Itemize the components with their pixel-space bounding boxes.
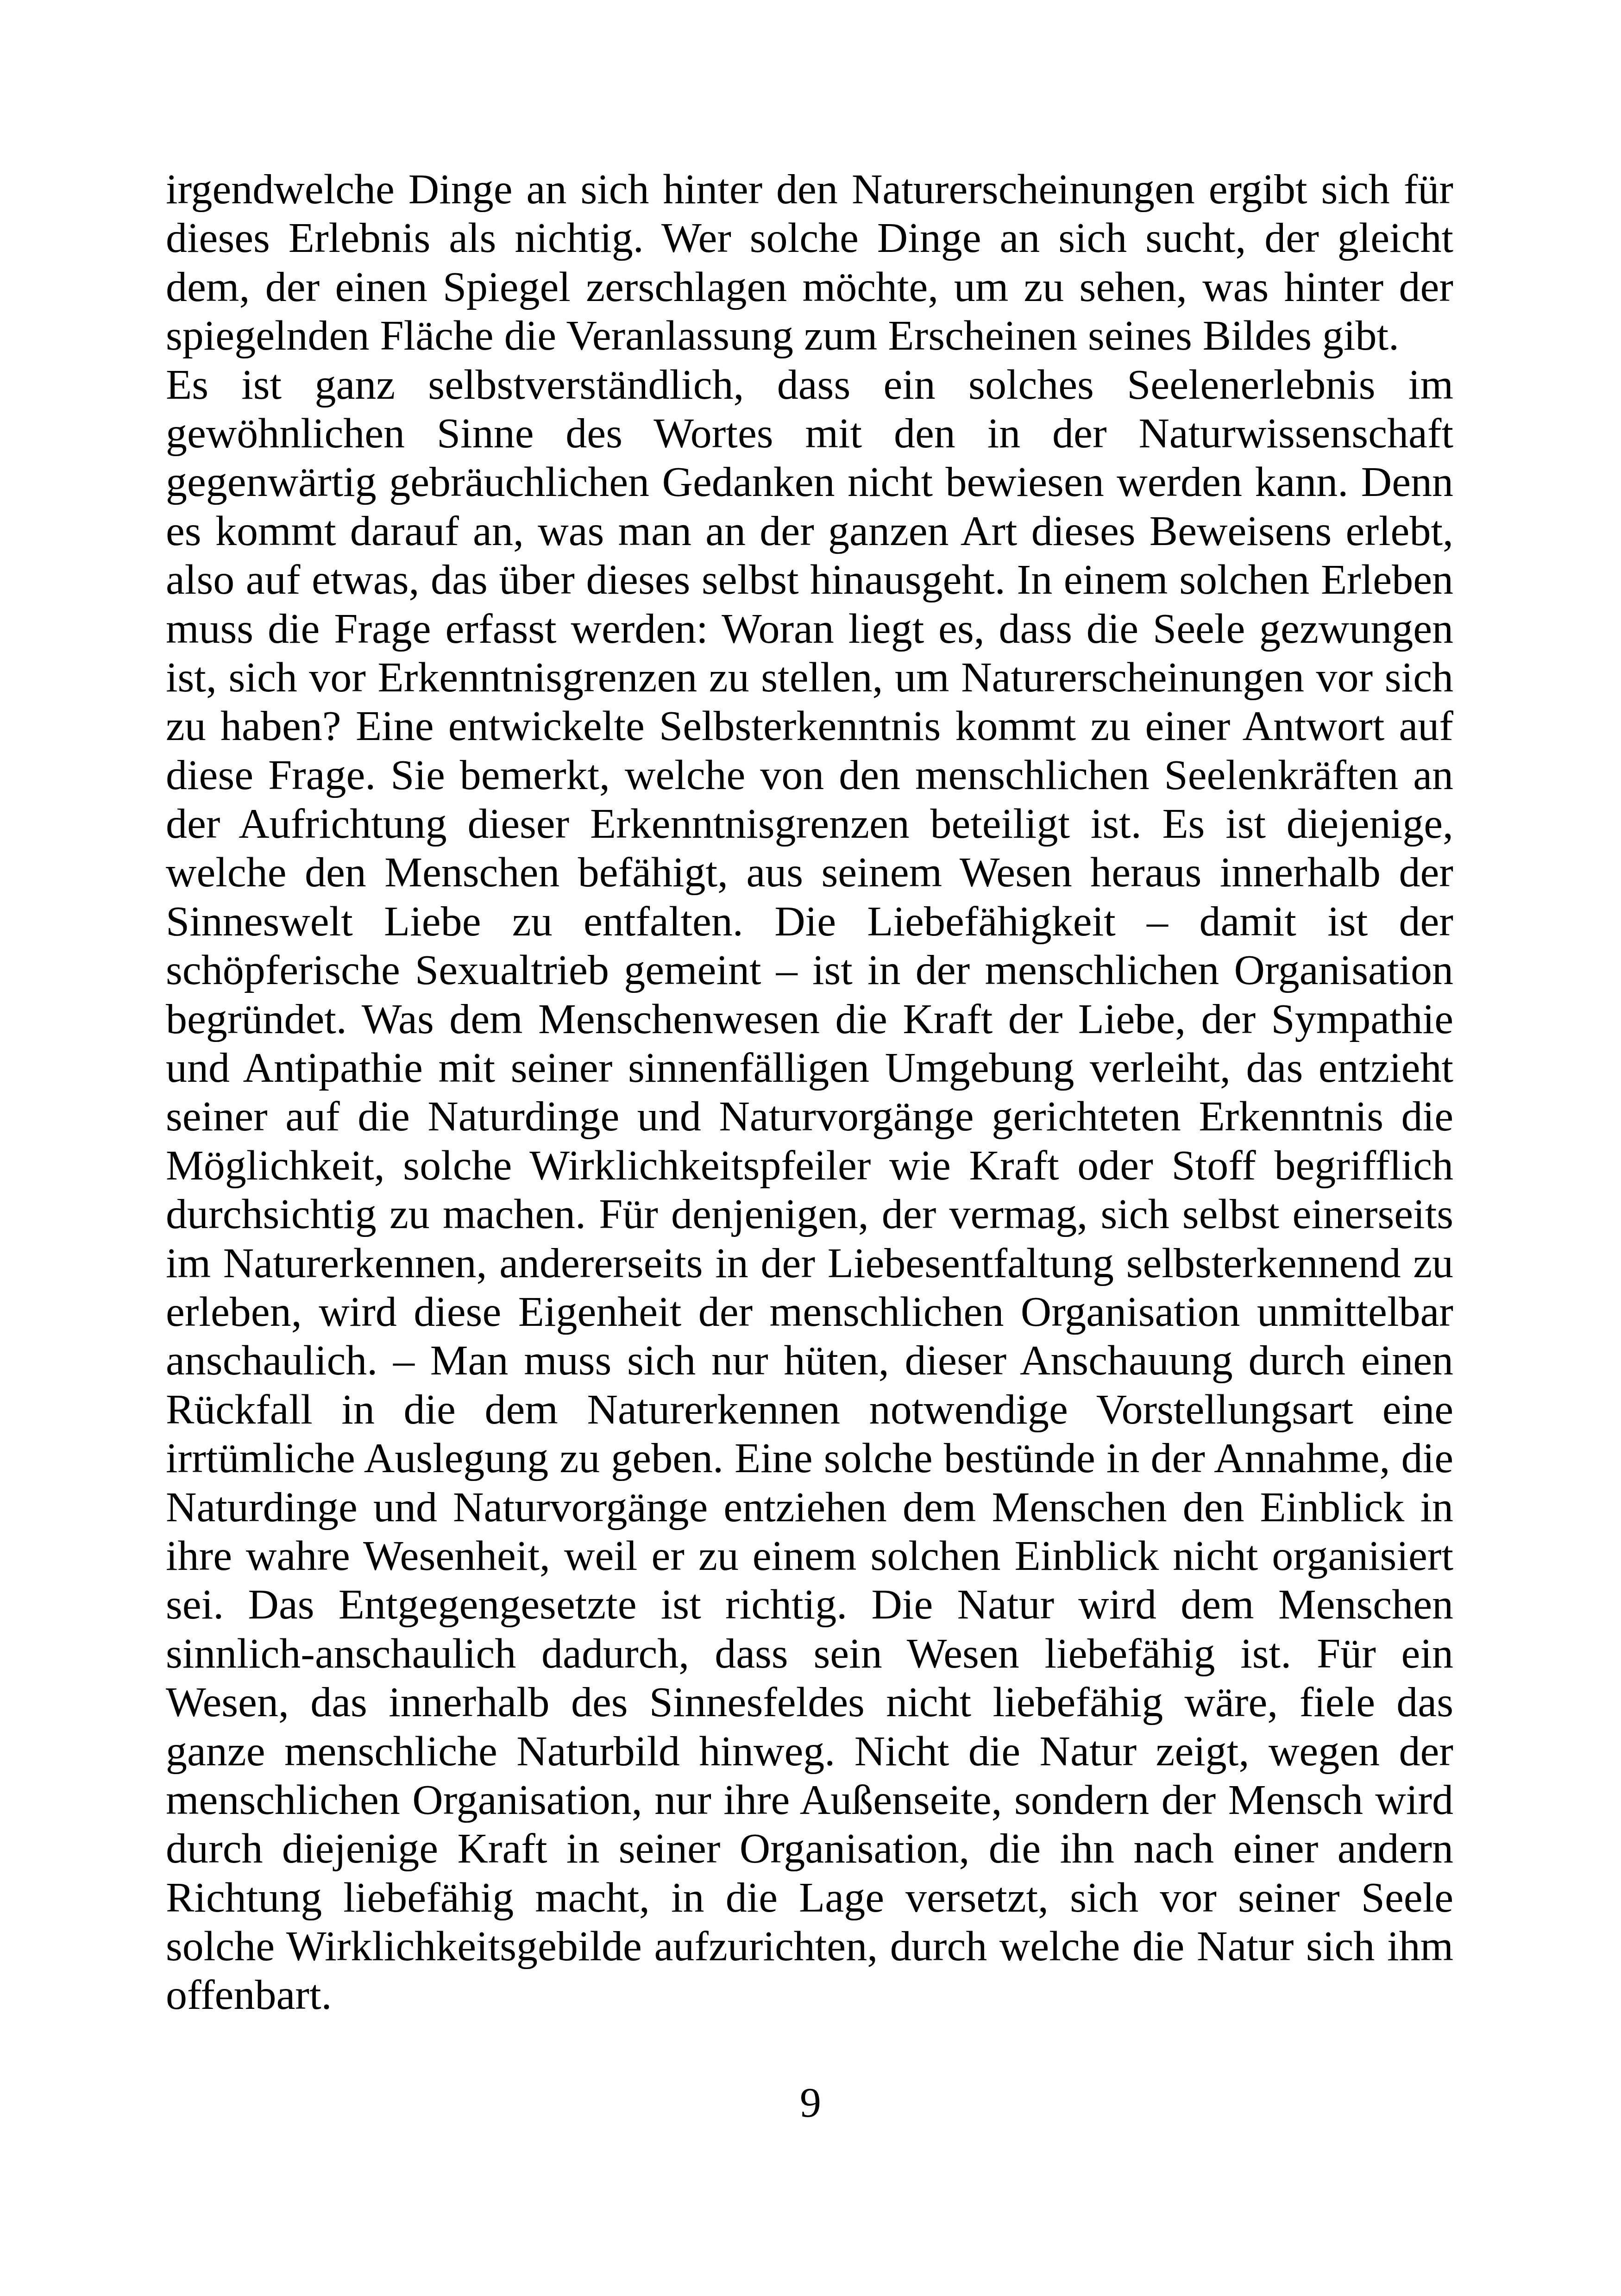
text-line: gegenwärtig gebräuchlichen Gedanken nich… — [166, 458, 1453, 506]
text-line: es kommt darauf an, was man an der ganze… — [166, 507, 1453, 555]
text-line: irgendwelche Dinge an sich hinter den Na… — [166, 165, 1453, 213]
page-number: 9 — [0, 2078, 1621, 2127]
text-line: irrtümliche Auslegung zu geben. Eine sol… — [166, 1434, 1453, 1482]
text-line: sinnlich-anschaulich dadurch, dass sein … — [166, 1629, 1453, 1678]
text-line: also auf etwas, das über dieses selbst h… — [166, 555, 1453, 604]
document-page: irgendwelche Dinge an sich hinter den Na… — [0, 0, 1621, 2296]
text-line: Richtung liebefähig macht, in die Lage v… — [166, 1873, 1453, 1922]
text-line: Es ist ganz selbstverständlich, dass ein… — [166, 360, 1453, 409]
text-line: schöpferische Sexualtrieb gemeint – ist … — [166, 946, 1453, 994]
text-line: welche den Menschen befähigt, aus seinem… — [166, 848, 1453, 897]
text-line: und Antipathie mit seiner sinnenfälligen… — [166, 1043, 1453, 1092]
text-line: erleben, wird diese Eigenheit der mensch… — [166, 1287, 1453, 1336]
text-line: der Aufrichtung dieser Erkenntnisgrenzen… — [166, 799, 1453, 848]
text-line: Wesen, das innerhalb des Sinnesfeldes ni… — [166, 1678, 1453, 1726]
paragraph-1: irgendwelche Dinge an sich hinter den Na… — [166, 165, 1453, 360]
text-line: gewöhnlichen Sinne des Wortes mit den in… — [166, 409, 1453, 458]
text-line: Naturdinge und Naturvorgänge entziehen d… — [166, 1483, 1453, 1531]
text-line: Möglichkeit, solche Wirklichkeitspfeiler… — [166, 1141, 1453, 1190]
text-line: sei. Das Entgegengesetzte ist richtig. D… — [166, 1580, 1453, 1629]
text-line: menschlichen Organisation, nur ihre Auße… — [166, 1775, 1453, 1824]
text-line: seiner auf die Naturdinge und Naturvorgä… — [166, 1092, 1453, 1141]
text-line: spiegelnden Fläche die Veranlassung zum … — [166, 311, 1453, 360]
text-line: dem, der einen Spiegel zerschlagen möcht… — [166, 263, 1453, 311]
text-line: anschaulich. – Man muss sich nur hüten, … — [166, 1336, 1453, 1385]
text-line: durch diejenige Kraft in seiner Organisa… — [166, 1824, 1453, 1873]
text-line: muss die Frage erfasst werden: Woran lie… — [166, 604, 1453, 653]
text-line: ist, sich vor Erkenntnisgrenzen zu stell… — [166, 653, 1453, 702]
text-line: Rückfall in die dem Naturerkennen notwen… — [166, 1385, 1453, 1434]
text-line: im Naturerkennen, andererseits in der Li… — [166, 1239, 1453, 1287]
text-line: zu haben? Eine entwickelte Selbsterkennt… — [166, 702, 1453, 750]
text-line: diese Frage. Sie bemerkt, welche von den… — [166, 751, 1453, 799]
text-line: durchsichtig zu machen. Für denjenigen, … — [166, 1190, 1453, 1238]
body-text: irgendwelche Dinge an sich hinter den Na… — [166, 165, 1453, 2020]
text-line: begründet. Was dem Menschenwesen die Kra… — [166, 995, 1453, 1043]
text-line: Sinneswelt Liebe zu entfalten. Die Liebe… — [166, 897, 1453, 946]
text-line: offenbart. — [166, 1970, 1453, 2019]
text-line: ganze menschliche Naturbild hinweg. Nich… — [166, 1727, 1453, 1775]
text-line: dieses Erlebnis als nichtig. Wer solche … — [166, 213, 1453, 262]
text-line: ihre wahre Wesenheit, weil er zu einem s… — [166, 1531, 1453, 1580]
text-line: solche Wirklichkeitsgebilde aufzurichten… — [166, 1922, 1453, 1970]
paragraph-2: Es ist ganz selbstverständlich, dass ein… — [166, 360, 1453, 2020]
